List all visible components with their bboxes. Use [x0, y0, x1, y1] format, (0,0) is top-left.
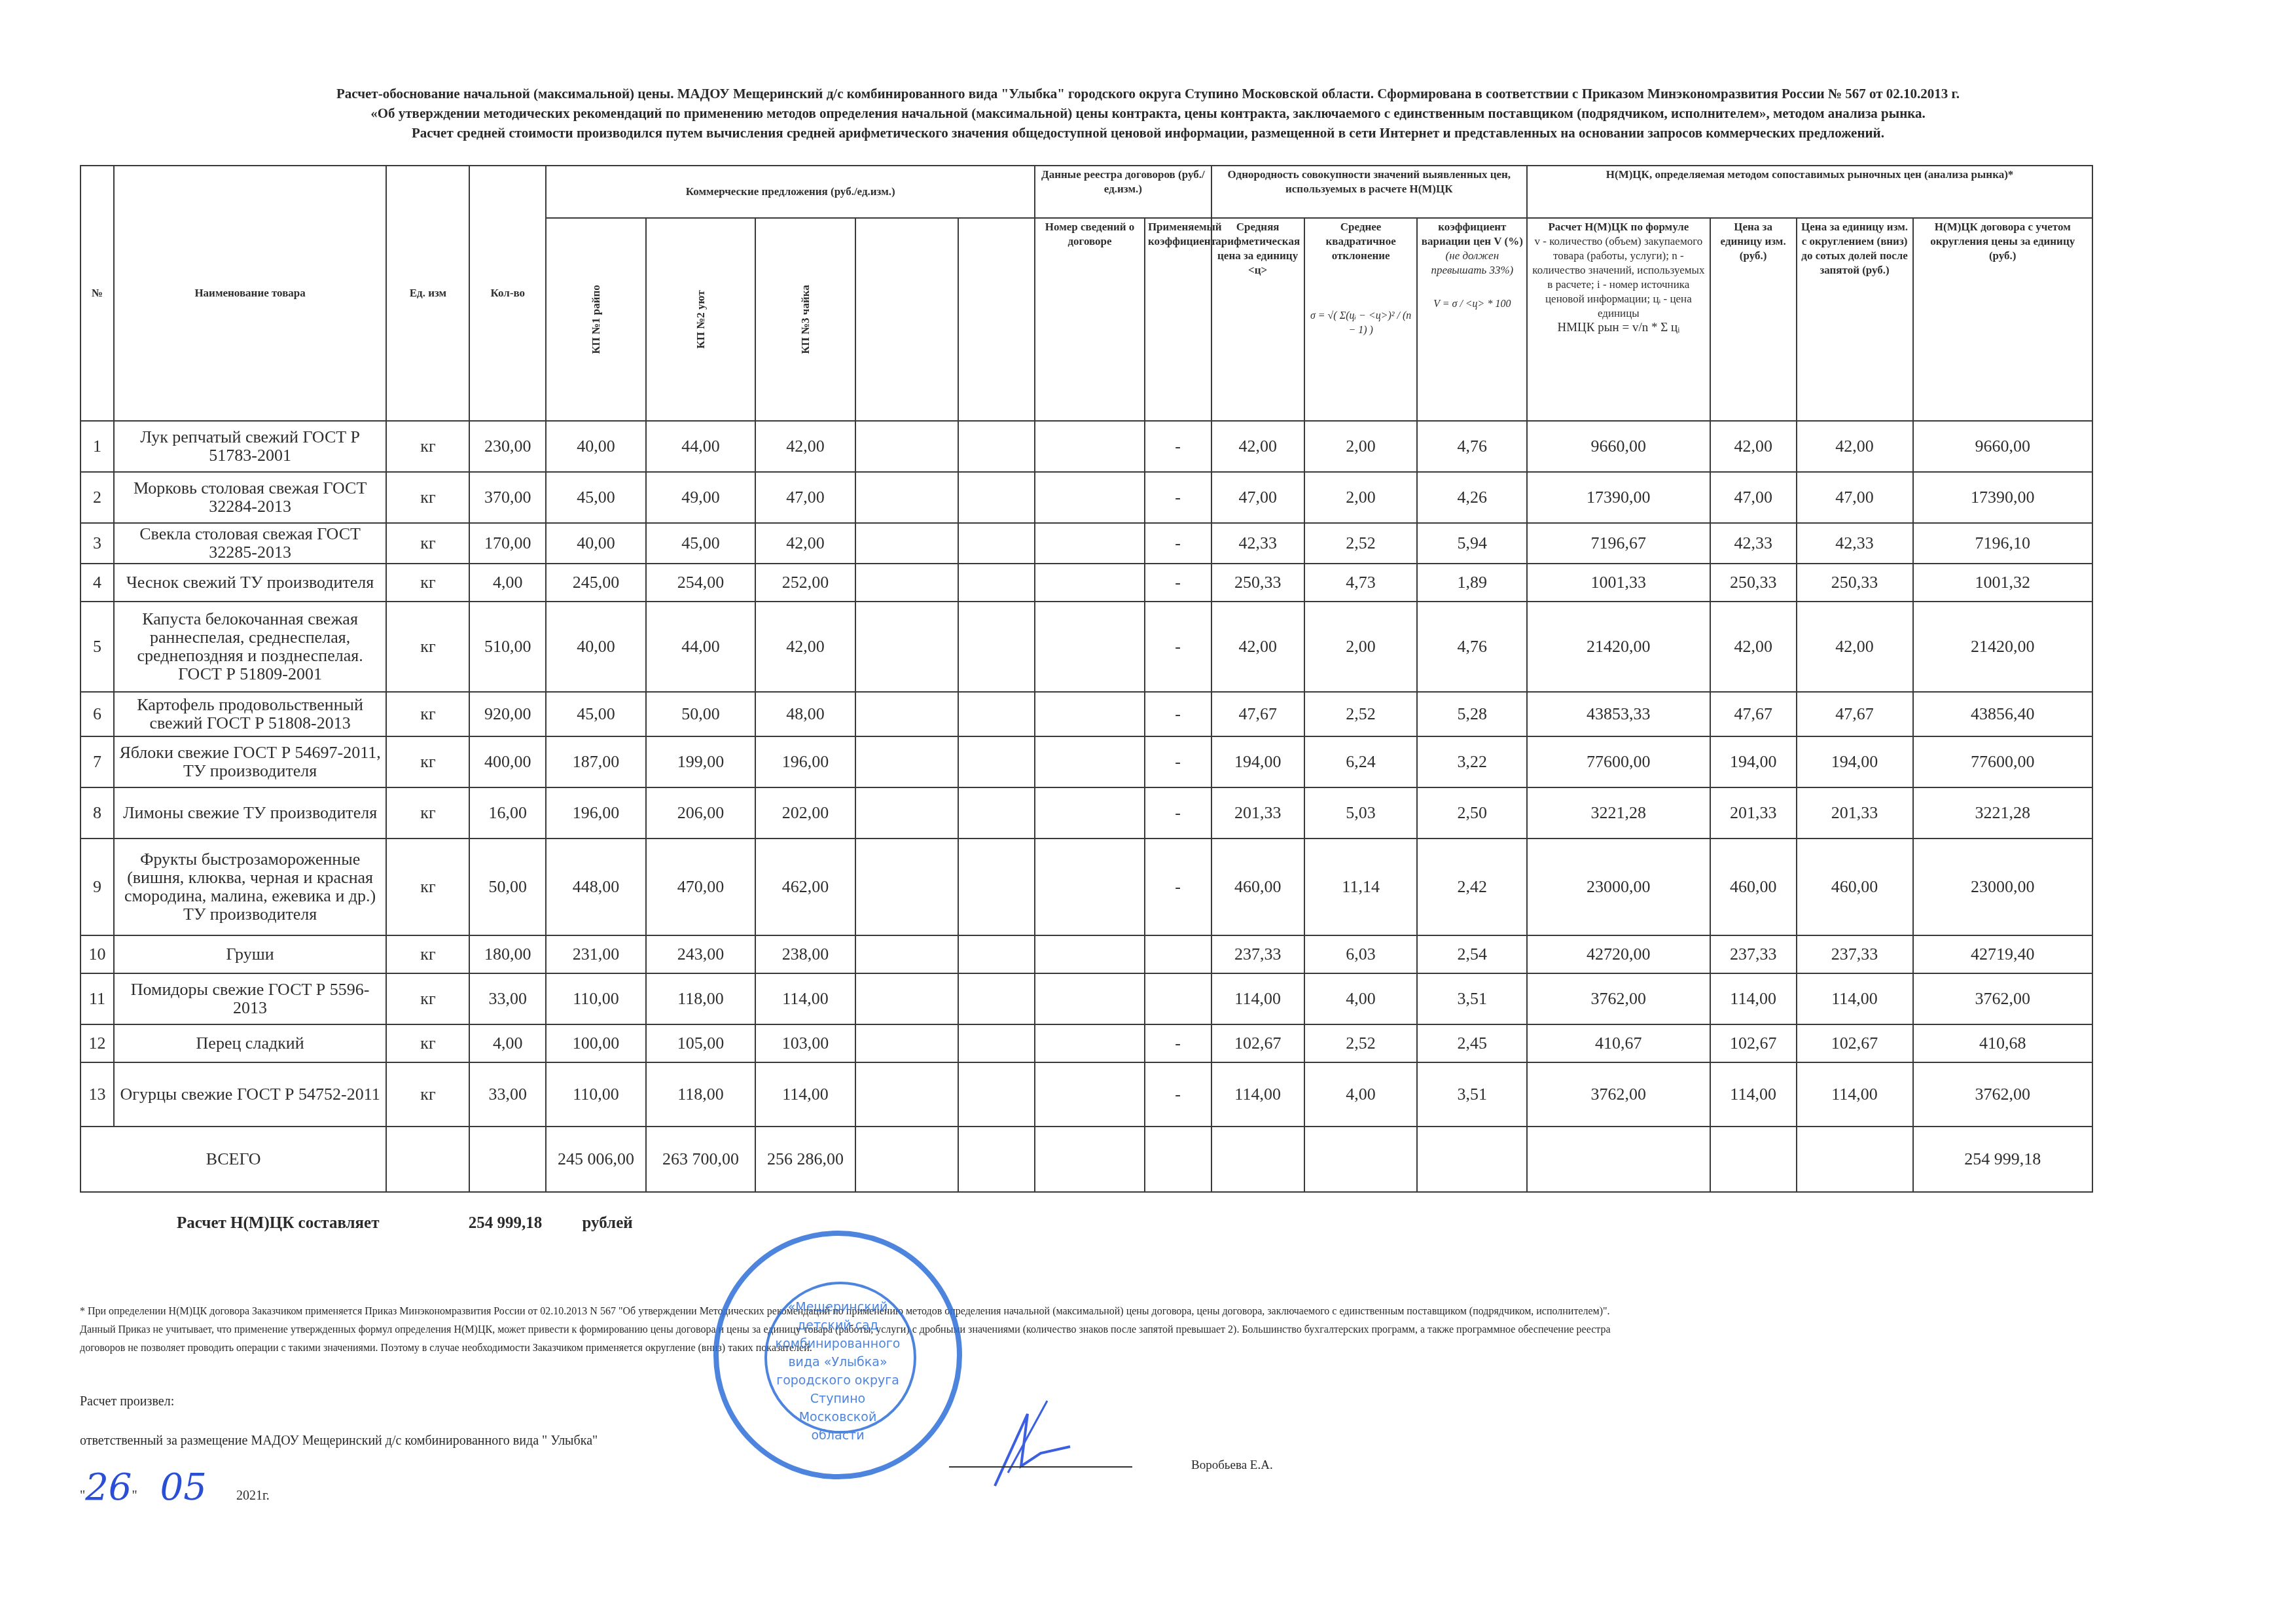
kp5-empty — [958, 736, 1035, 787]
col-header-nmck-rounded: Н(М)ЦК договора с учетом округления цены… — [1913, 218, 2093, 421]
table-row: 2Морковь столовая свежая ГОСТ 32284-2013… — [81, 472, 2092, 523]
registry-coef — [1145, 973, 1211, 1024]
header-line-3: Расчет средней стоимости производился пу… — [0, 123, 2296, 143]
header-line-2: «Об утверждении методических рекомендаци… — [0, 103, 2296, 123]
kp2-price: 45,00 — [646, 523, 756, 564]
quantity-cell: 370,00 — [469, 472, 546, 523]
variation-coef: 2,42 — [1417, 839, 1527, 935]
registry-num-empty — [1035, 935, 1145, 973]
std-deviation: 4,00 — [1304, 973, 1418, 1024]
product-name: Помидоры свежие ГОСТ Р 5596-2013 — [114, 973, 387, 1024]
table-row: 8Лимоны свежие ТУ производителякг16,0019… — [81, 787, 2092, 839]
unit-price-rounded: 47,00 — [1797, 472, 1913, 523]
unit-cell: кг — [386, 472, 469, 523]
unit-price: 114,00 — [1710, 973, 1797, 1024]
kp1-price: 110,00 — [546, 973, 645, 1024]
nmck-rounded: 7196,10 — [1913, 523, 2093, 564]
row-number: 3 — [81, 523, 114, 564]
total-empty — [1211, 1127, 1304, 1192]
average-price: 42,00 — [1211, 421, 1304, 472]
kp3-price: 238,00 — [755, 935, 855, 973]
product-name: Картофель продовольственный свежий ГОСТ … — [114, 692, 387, 736]
registry-coef: - — [1145, 602, 1211, 692]
kp5-empty — [958, 523, 1035, 564]
unit-cell: кг — [386, 839, 469, 935]
unit-cell: кг — [386, 602, 469, 692]
nmck-calc: 1001,33 — [1527, 564, 1710, 602]
registry-num-empty — [1035, 421, 1145, 472]
kp3-price: 252,00 — [755, 564, 855, 602]
total-empty — [1797, 1127, 1913, 1192]
unit-price: 47,00 — [1710, 472, 1797, 523]
product-name: Яблоки свежие ГОСТ Р 54697-2011, ТУ прои… — [114, 736, 387, 787]
col-group-registry: Данные реестра договоров (руб./ед.изм.) — [1035, 166, 1211, 218]
kp2-price: 50,00 — [646, 692, 756, 736]
kp4-empty — [855, 839, 959, 935]
nmck-calc: 3762,00 — [1527, 1062, 1710, 1127]
stamp-line: комбинированного — [719, 1335, 957, 1353]
unit-price-rounded: 42,33 — [1797, 523, 1913, 564]
kp3-price: 48,00 — [755, 692, 855, 736]
nmck-calc: 17390,00 — [1527, 472, 1710, 523]
row-number: 13 — [81, 1062, 114, 1127]
unit-price: 237,33 — [1710, 935, 1797, 973]
footnote-line-2: Данный Приказ не учитывает, что применен… — [80, 1321, 2096, 1339]
nmck-calc: 7196,67 — [1527, 523, 1710, 564]
header-line-1: Расчет-обоснование начальной (максимальн… — [0, 84, 2296, 103]
variation-coef: 4,76 — [1417, 421, 1527, 472]
kp4-empty — [855, 421, 959, 472]
kp2-price: 206,00 — [646, 787, 756, 839]
kp4-empty — [855, 523, 959, 564]
summary-value: 254 999,18 — [469, 1214, 543, 1233]
stamp-line: Московской — [719, 1408, 957, 1426]
unit-cell: кг — [386, 421, 469, 472]
nmck-calc: 43853,33 — [1527, 692, 1710, 736]
total-kp3: 256 286,00 — [755, 1127, 855, 1192]
stamp-line: Ступино — [719, 1390, 957, 1408]
registry-coef: - — [1145, 564, 1211, 602]
kp3-price: 462,00 — [755, 839, 855, 935]
unit-price-rounded: 201,33 — [1797, 787, 1913, 839]
variation-coef: 4,76 — [1417, 602, 1527, 692]
table-row: 12Перец сладкийкг4,00100,00105,00103,00-… — [81, 1024, 2092, 1062]
kp3-price: 103,00 — [755, 1024, 855, 1062]
nmck-calc: 410,67 — [1527, 1024, 1710, 1062]
kp5-empty — [958, 935, 1035, 973]
product-name: Перец сладкий — [114, 1024, 387, 1062]
total-empty — [958, 1127, 1035, 1192]
registry-num-empty — [1035, 1024, 1145, 1062]
col-header-avg: Средняя арифметическая цена за единицу <… — [1211, 218, 1304, 421]
std-deviation: 6,24 — [1304, 736, 1418, 787]
kp2-price: 199,00 — [646, 736, 756, 787]
col-header-num: № — [81, 166, 114, 421]
registry-coef: - — [1145, 839, 1211, 935]
unit-cell: кг — [386, 523, 469, 564]
average-price: 201,33 — [1211, 787, 1304, 839]
nmck-rounded: 1001,32 — [1913, 564, 2093, 602]
std-deviation: 6,03 — [1304, 935, 1418, 973]
variation-coef: 5,28 — [1417, 692, 1527, 736]
col-header-qty: Кол-во — [469, 166, 546, 421]
row-number: 7 — [81, 736, 114, 787]
unit-price-rounded: 114,00 — [1797, 1062, 1913, 1127]
std-deviation: 5,03 — [1304, 787, 1418, 839]
std-deviation: 2,00 — [1304, 472, 1418, 523]
unit-price-rounded: 194,00 — [1797, 736, 1913, 787]
date-month: 05 — [160, 1466, 207, 1509]
kp3-price: 202,00 — [755, 787, 855, 839]
product-name: Фрукты быстрозамороженные (вишня, клюква… — [114, 839, 387, 935]
organization-stamp: «Мещеринскийдетский садкомбинированногов… — [713, 1231, 962, 1479]
total-empty — [469, 1127, 546, 1192]
date-year: 2021г. — [236, 1489, 270, 1503]
row-number: 11 — [81, 973, 114, 1024]
nmck-rounded: 17390,00 — [1913, 472, 2093, 523]
col-header-kp4 — [855, 218, 959, 421]
table-row: 11Помидоры свежие ГОСТ Р 5596-2013кг33,0… — [81, 973, 2092, 1024]
kp3-price: 114,00 — [755, 1062, 855, 1127]
row-number: 1 — [81, 421, 114, 472]
table-row: 5Капуста белокочанная свежая раннеспелая… — [81, 602, 2092, 692]
product-name: Капуста белокочанная свежая раннеспелая,… — [114, 602, 387, 692]
kp5-empty — [958, 472, 1035, 523]
kp4-empty — [855, 472, 959, 523]
responsible-label: ответственный за размещение МАДОУ Мещери… — [80, 1434, 598, 1449]
total-empty — [855, 1127, 959, 1192]
table-body: 1Лук репчатый свежий ГОСТ Р 51783-2001кг… — [81, 421, 2092, 1192]
product-name: Лимоны свежие ТУ производителя — [114, 787, 387, 839]
unit-price-rounded: 102,67 — [1797, 1024, 1913, 1062]
kp5-empty — [958, 564, 1035, 602]
kp4-empty — [855, 1024, 959, 1062]
total-nmck: 254 999,18 — [1913, 1127, 2093, 1192]
registry-coef: - — [1145, 787, 1211, 839]
kp1-price: 187,00 — [546, 736, 645, 787]
kp1-price: 196,00 — [546, 787, 645, 839]
col-header-name: Наименование товара — [114, 166, 387, 421]
nmck-rounded: 9660,00 — [1913, 421, 2093, 472]
table-row: 3Свекла столовая свежая ГОСТ 32285-2013к… — [81, 523, 2092, 564]
variation-coef: 2,54 — [1417, 935, 1527, 973]
stamp-line: области — [719, 1426, 957, 1445]
kp3-price: 42,00 — [755, 421, 855, 472]
average-price: 102,67 — [1211, 1024, 1304, 1062]
total-kp2: 263 700,00 — [646, 1127, 756, 1192]
calc-description: v - количество (объем) закупаемого товар… — [1530, 234, 1706, 321]
nmck-rounded: 77600,00 — [1913, 736, 2093, 787]
nmck-rounded: 3221,28 — [1913, 787, 2093, 839]
document-header: Расчет-обоснование начальной (максимальн… — [0, 84, 2296, 143]
kp2-price: 254,00 — [646, 564, 756, 602]
col-group-nmck: Н(М)ЦК, определяемая методом сопоставимы… — [1527, 166, 2092, 218]
average-price: 114,00 — [1211, 1062, 1304, 1127]
kp1-price: 45,00 — [546, 472, 645, 523]
total-empty — [1304, 1127, 1418, 1192]
nmck-rounded: 43856,40 — [1913, 692, 2093, 736]
variation-coef: 2,45 — [1417, 1024, 1527, 1062]
nmck-calc: 3221,28 — [1527, 787, 1710, 839]
footnote-line-1: * При определении Н(М)ЦК договора Заказч… — [80, 1303, 2096, 1321]
signature-date: "26" 05 2021г. — [80, 1466, 270, 1509]
col-header-kp1: КП №1 райпо — [546, 218, 645, 421]
kp3-price: 114,00 — [755, 973, 855, 1024]
registry-coef: - — [1145, 692, 1211, 736]
stamp-line: детский сад — [719, 1316, 957, 1335]
unit-price: 42,00 — [1710, 602, 1797, 692]
calc-formula: НМЦК рын = v/n * Σ цᵢ — [1530, 321, 1706, 335]
quantity-cell: 920,00 — [469, 692, 546, 736]
col-header-kp3: КП №3 чайка — [755, 218, 855, 421]
kp2-price: 44,00 — [646, 602, 756, 692]
unit-price: 250,33 — [1710, 564, 1797, 602]
stamp-line: вида «Улыбка» — [719, 1353, 957, 1371]
nmck-rounded: 3762,00 — [1913, 1062, 2093, 1127]
table-row: 9Фрукты быстрозамороженные (вишня, клюкв… — [81, 839, 2092, 935]
product-name: Свекла столовая свежая ГОСТ 32285-2013 — [114, 523, 387, 564]
kp2-price: 118,00 — [646, 973, 756, 1024]
nmck-calc: 42720,00 — [1527, 935, 1710, 973]
average-price: 47,00 — [1211, 472, 1304, 523]
nmck-calc: 23000,00 — [1527, 839, 1710, 935]
quantity-cell: 170,00 — [469, 523, 546, 564]
kp1-price: 40,00 — [546, 421, 645, 472]
unit-price: 114,00 — [1710, 1062, 1797, 1127]
kp5-empty — [958, 1024, 1035, 1062]
col-group-commercial-offers: Коммерческие предложения (руб./ед.изм.) — [546, 166, 1035, 218]
unit-price: 201,33 — [1710, 787, 1797, 839]
kp4-empty — [855, 736, 959, 787]
row-number: 9 — [81, 839, 114, 935]
unit-price: 42,33 — [1710, 523, 1797, 564]
unit-price: 460,00 — [1710, 839, 1797, 935]
row-number: 12 — [81, 1024, 114, 1062]
unit-price-rounded: 114,00 — [1797, 973, 1913, 1024]
average-price: 42,33 — [1211, 523, 1304, 564]
unit-price-rounded: 460,00 — [1797, 839, 1913, 935]
col-header-variation: коэффициент вариации цен V (%) (не долже… — [1417, 218, 1527, 421]
unit-cell: кг — [386, 564, 469, 602]
nmck-calc: 9660,00 — [1527, 421, 1710, 472]
kp1-price: 448,00 — [546, 839, 645, 935]
nmck-rounded: 21420,00 — [1913, 602, 2093, 692]
registry-coef: - — [1145, 1024, 1211, 1062]
total-empty — [1145, 1127, 1211, 1192]
col-header-kp2: КП №2 уют — [646, 218, 756, 421]
col-header-registry-coef: Применяемый коэффициент — [1145, 218, 1211, 421]
registry-num-empty — [1035, 692, 1145, 736]
average-price: 460,00 — [1211, 839, 1304, 935]
unit-price: 47,67 — [1710, 692, 1797, 736]
footnote: * При определении Н(М)ЦК договора Заказч… — [80, 1303, 2096, 1358]
product-name: Груши — [114, 935, 387, 973]
total-empty — [1527, 1127, 1710, 1192]
quantity-cell: 4,00 — [469, 564, 546, 602]
quantity-cell: 50,00 — [469, 839, 546, 935]
kp3-price: 47,00 — [755, 472, 855, 523]
variation-coef: 3,51 — [1417, 973, 1527, 1024]
kp2-price: 49,00 — [646, 472, 756, 523]
variation-coef: 3,22 — [1417, 736, 1527, 787]
std-deviation: 2,52 — [1304, 523, 1418, 564]
registry-num-empty — [1035, 523, 1145, 564]
average-price: 114,00 — [1211, 973, 1304, 1024]
total-empty — [386, 1127, 469, 1192]
total-empty — [1417, 1127, 1527, 1192]
quantity-cell: 33,00 — [469, 973, 546, 1024]
unit-cell: кг — [386, 692, 469, 736]
kp1-price: 45,00 — [546, 692, 645, 736]
quantity-cell: 400,00 — [469, 736, 546, 787]
total-empty — [1035, 1127, 1145, 1192]
date-day: 26 — [85, 1466, 132, 1509]
registry-num-empty — [1035, 1062, 1145, 1127]
variation-coef: 5,94 — [1417, 523, 1527, 564]
quantity-cell: 33,00 — [469, 1062, 546, 1127]
stamp-line: «Мещеринский — [719, 1298, 957, 1316]
col-header-kp5 — [958, 218, 1035, 421]
kp1-price: 231,00 — [546, 935, 645, 973]
kp3-price: 42,00 — [755, 602, 855, 692]
average-price: 250,33 — [1211, 564, 1304, 602]
kp4-empty — [855, 787, 959, 839]
nmck-rounded: 23000,00 — [1913, 839, 2093, 935]
kp4-empty — [855, 973, 959, 1024]
std-deviation: 2,00 — [1304, 421, 1418, 472]
kp2-price: 105,00 — [646, 1024, 756, 1062]
std-deviation: 2,52 — [1304, 692, 1418, 736]
average-price: 47,67 — [1211, 692, 1304, 736]
price-calculation-table: № Наименование товара Ед. изм Кол-во Ком… — [80, 165, 2093, 1193]
total-kp1: 245 006,00 — [546, 1127, 645, 1192]
summary-currency: рублей — [583, 1214, 633, 1233]
quantity-cell: 180,00 — [469, 935, 546, 973]
col-header-unit: Ед. изм — [386, 166, 469, 421]
row-number: 10 — [81, 935, 114, 973]
registry-num-empty — [1035, 602, 1145, 692]
registry-num-empty — [1035, 787, 1145, 839]
stddev-formula: σ = √( Σ(цᵢ − <ц>)² / (n − 1) ) — [1308, 309, 1414, 338]
variation-coef: 2,50 — [1417, 787, 1527, 839]
kp2-price: 470,00 — [646, 839, 756, 935]
product-name: Огурцы свежие ГОСТ Р 54752-2011 — [114, 1062, 387, 1127]
nmck-calc: 3762,00 — [1527, 973, 1710, 1024]
nmck-rounded: 3762,00 — [1913, 973, 2093, 1024]
nmck-rounded: 42719,40 — [1913, 935, 2093, 973]
unit-price-rounded: 250,33 — [1797, 564, 1913, 602]
kp5-empty — [958, 602, 1035, 692]
std-deviation: 2,00 — [1304, 602, 1418, 692]
registry-coef — [1145, 935, 1211, 973]
unit-cell: кг — [386, 787, 469, 839]
registry-num-empty — [1035, 564, 1145, 602]
registry-coef: - — [1145, 421, 1211, 472]
kp4-empty — [855, 1062, 959, 1127]
quantity-cell: 16,00 — [469, 787, 546, 839]
registry-num-empty — [1035, 736, 1145, 787]
unit-price: 194,00 — [1710, 736, 1797, 787]
table-row: 6Картофель продовольственный свежий ГОСТ… — [81, 692, 2092, 736]
kp4-empty — [855, 602, 959, 692]
row-number: 2 — [81, 472, 114, 523]
variation-note: (не должен превышать 33%) — [1420, 249, 1524, 278]
signature-line — [949, 1466, 1132, 1468]
stamp-center-text: «Мещеринскийдетский садкомбинированногов… — [719, 1298, 957, 1445]
row-number: 6 — [81, 692, 114, 736]
kp1-price: 100,00 — [546, 1024, 645, 1062]
std-deviation: 2,52 — [1304, 1024, 1418, 1062]
unit-cell: кг — [386, 1024, 469, 1062]
unit-price-rounded: 42,00 — [1797, 421, 1913, 472]
registry-coef: - — [1145, 523, 1211, 564]
average-price: 42,00 — [1211, 602, 1304, 692]
col-header-registry-num: Номер сведений о договоре — [1035, 218, 1145, 421]
handwritten-signature — [982, 1388, 1073, 1492]
col-header-unit-price: Цена за единицу изм. (руб.) — [1710, 218, 1797, 421]
col-header-unit-price-rounded: Цена за единицу изм. с округлением (вниз… — [1797, 218, 1913, 421]
table-row: 10Грушикг180,00231,00243,00238,00237,336… — [81, 935, 2092, 973]
std-deviation: 4,00 — [1304, 1062, 1418, 1127]
table-row: 13Огурцы свежие ГОСТ Р 54752-2011кг33,00… — [81, 1062, 2092, 1127]
unit-price-rounded: 237,33 — [1797, 935, 1913, 973]
kp3-price: 196,00 — [755, 736, 855, 787]
kp1-price: 110,00 — [546, 1062, 645, 1127]
table-row: 4Чеснок свежий ТУ производителякг4,00245… — [81, 564, 2092, 602]
row-number: 5 — [81, 602, 114, 692]
kp5-empty — [958, 839, 1035, 935]
product-name: Морковь столовая свежая ГОСТ 32284-2013 — [114, 472, 387, 523]
kp5-empty — [958, 692, 1035, 736]
variation-coef: 1,89 — [1417, 564, 1527, 602]
row-number: 4 — [81, 564, 114, 602]
unit-price: 102,67 — [1710, 1024, 1797, 1062]
total-label: ВСЕГО — [81, 1127, 386, 1192]
col-header-stddev: Среднее квадратичное отклонение σ = √( Σ… — [1304, 218, 1418, 421]
kp4-empty — [855, 692, 959, 736]
kp5-empty — [958, 421, 1035, 472]
average-price: 237,33 — [1211, 935, 1304, 973]
registry-num-empty — [1035, 973, 1145, 1024]
kp4-empty — [855, 564, 959, 602]
product-name: Чеснок свежий ТУ производителя — [114, 564, 387, 602]
kp2-price: 243,00 — [646, 935, 756, 973]
variation-coef: 3,51 — [1417, 1062, 1527, 1127]
quantity-cell: 510,00 — [469, 602, 546, 692]
signer-name: Воробьева Е.А. — [1191, 1458, 1273, 1473]
unit-price-rounded: 42,00 — [1797, 602, 1913, 692]
row-number: 8 — [81, 787, 114, 839]
quantity-cell: 230,00 — [469, 421, 546, 472]
kp1-price: 40,00 — [546, 602, 645, 692]
footnote-line-3: договоров не позволяет проводить операци… — [80, 1339, 2096, 1358]
average-price: 194,00 — [1211, 736, 1304, 787]
unit-cell: кг — [386, 1062, 469, 1127]
col-header-calc: Расчет Н(М)ЦК по формуле v - количество … — [1527, 218, 1710, 421]
kp2-price: 118,00 — [646, 1062, 756, 1127]
kp1-price: 245,00 — [546, 564, 645, 602]
kp2-price: 44,00 — [646, 421, 756, 472]
total-row: ВСЕГО245 006,00263 700,00256 286,00254 9… — [81, 1127, 2092, 1192]
unit-cell: кг — [386, 935, 469, 973]
variation-coef: 4,26 — [1417, 472, 1527, 523]
summary-label: Расчет Н(М)ЦК составляет — [177, 1214, 380, 1233]
made-by-label: Расчет произвел: — [80, 1394, 174, 1409]
unit-cell: кг — [386, 736, 469, 787]
nmck-rounded: 410,68 — [1913, 1024, 2093, 1062]
registry-coef: - — [1145, 472, 1211, 523]
table-row: 7Яблоки свежие ГОСТ Р 54697-2011, ТУ про… — [81, 736, 2092, 787]
